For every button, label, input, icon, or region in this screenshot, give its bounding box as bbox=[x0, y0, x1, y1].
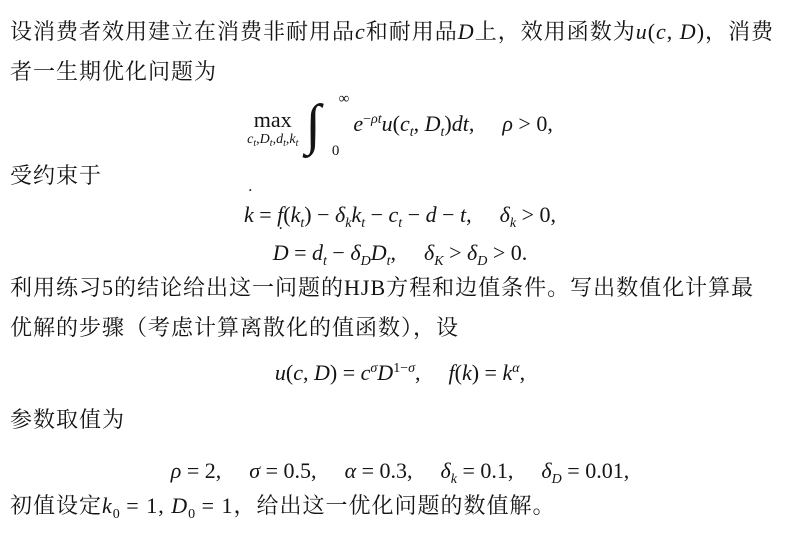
math-token: δ bbox=[335, 202, 345, 227]
paragraph-hjb-instructions: 利用练习5的结论给出这一问题的HJB方程和边值条件。写出数值化计算最优解的步骤（… bbox=[10, 268, 790, 348]
math-token: − bbox=[402, 202, 425, 227]
math-token: ( bbox=[648, 19, 656, 44]
math-token: c bbox=[361, 360, 371, 385]
functional-forms-formula: u(c, D) = cσD1−σ,f(k) = kα, bbox=[10, 358, 790, 388]
math-token: δ bbox=[350, 240, 360, 265]
math-token: d bbox=[312, 240, 323, 265]
math-token: u bbox=[275, 360, 286, 385]
parameters-formula: ρ = 2,σ = 0.5,α = 0.3,δk = 0.1,δD = 0.01… bbox=[10, 456, 790, 486]
math-token: D bbox=[260, 132, 270, 147]
math-token: = 0.3, bbox=[356, 458, 412, 483]
math-token: ) bbox=[472, 360, 479, 385]
text-run: 优解的步骤（考虑计算离散化的值函数），设 bbox=[10, 315, 459, 340]
D-dot-variable: ˙D bbox=[273, 238, 289, 268]
math-token: D bbox=[273, 240, 289, 265]
max-operator: max ct,Dt,dt,kt bbox=[247, 109, 298, 148]
math-token: D bbox=[377, 360, 393, 385]
math-token: = bbox=[254, 202, 277, 227]
math-token: = 2, bbox=[181, 458, 221, 483]
max-underscript: ct,Dt,dt,kt bbox=[247, 132, 298, 148]
math-token: , bbox=[466, 202, 472, 227]
math-exponent: −ρt bbox=[363, 112, 382, 127]
math-token: D bbox=[552, 472, 562, 487]
derivative-dot: ˙ bbox=[247, 191, 253, 199]
math-token: ) bbox=[697, 19, 705, 44]
constraint-2-formula: ˙D = dt − δDDt,δK > δD > 0. bbox=[10, 238, 790, 268]
math-token: 1− bbox=[393, 361, 408, 376]
math-token: 0 bbox=[113, 507, 120, 522]
section-label-parameters: 参数取值为 bbox=[10, 402, 790, 438]
rho-condition: ρ > 0, bbox=[502, 111, 552, 137]
math-token: , bbox=[520, 360, 526, 385]
document-content: 设消费者效用建立在消费非耐用品c和耐用品D上，效用函数为u(c, D)，消费者一… bbox=[0, 0, 799, 526]
text-run: 和耐用品 bbox=[366, 19, 458, 44]
math-token: − bbox=[437, 202, 460, 227]
math-token: , bbox=[390, 240, 396, 265]
math-token: = 0.1, bbox=[457, 458, 513, 483]
math-token: k bbox=[102, 493, 113, 518]
text-run: 设消费者效用建立在消费非耐用品 bbox=[10, 19, 355, 44]
math-token: k bbox=[462, 360, 472, 385]
math-var-c: c bbox=[355, 19, 366, 44]
math-token: k bbox=[351, 202, 361, 227]
text-run: 利用练习5的结论给出这一问题的HJB方程和边值条件。写出数值化计算最 bbox=[10, 275, 754, 300]
integral-lower-limit: 0 bbox=[332, 143, 340, 160]
math-token: = 1, bbox=[120, 493, 171, 518]
max-label: max bbox=[254, 109, 292, 131]
math-token: D bbox=[371, 240, 387, 265]
math-token: = bbox=[479, 360, 502, 385]
integral-sign: ∫ bbox=[305, 97, 320, 153]
math-token: D bbox=[314, 360, 330, 385]
text-run: 上，效用函数为 bbox=[475, 19, 636, 44]
math-token: D bbox=[171, 493, 188, 518]
derivative-dot: ˙ bbox=[278, 229, 284, 237]
math-token: − bbox=[312, 202, 335, 227]
math-token: = 1 bbox=[195, 493, 233, 518]
math-token: t bbox=[296, 138, 299, 149]
math-token: > 0. bbox=[487, 240, 527, 265]
math-token: u bbox=[382, 111, 393, 136]
math-token: D bbox=[477, 254, 487, 269]
math-token: > 0, bbox=[516, 202, 556, 227]
constraint-1-formula: ˙k = f(kt) − δkkt − ct − d − t,δk > 0, bbox=[10, 200, 790, 230]
objective-formula: max ct,Dt,dt,kt ∫ ∞ 0 e−ρtu(ct, Dt)dt, ρ… bbox=[10, 92, 790, 158]
math-token: c bbox=[389, 202, 399, 227]
k-dot-variable: ˙k bbox=[244, 200, 254, 230]
math-token: , bbox=[303, 360, 314, 385]
section-label-constraints: 受约束于 bbox=[10, 158, 790, 194]
integral: ∫ ∞ 0 bbox=[305, 93, 345, 157]
text-run: 者一生期优化问题为 bbox=[10, 59, 217, 84]
math-token: c bbox=[656, 19, 667, 44]
math-token: = bbox=[289, 240, 312, 265]
math-token: ρt bbox=[371, 112, 382, 127]
math-token: σ bbox=[408, 361, 415, 376]
math-exponent: 1−σ bbox=[393, 361, 415, 376]
math-token: − bbox=[327, 240, 350, 265]
math-var-D: D bbox=[458, 19, 475, 44]
math-token: − bbox=[363, 112, 371, 127]
math-token: u bbox=[636, 19, 648, 44]
paragraph-problem-intro: 设消费者效用建立在消费非耐用品c和耐用品D上，效用函数为u(c, D)，消费者一… bbox=[10, 12, 790, 92]
math-token: D bbox=[361, 254, 371, 269]
text-run: ，给出这一优化问题的数值解。 bbox=[234, 493, 556, 518]
math-token: ρ bbox=[502, 111, 513, 136]
math-token: = bbox=[337, 360, 360, 385]
math-token: d bbox=[426, 202, 437, 227]
math-token: ( bbox=[393, 111, 400, 136]
document-page: 设消费者效用建立在消费非耐用品c和耐用品D上，效用函数为u(c, D)，消费者一… bbox=[0, 0, 799, 554]
text-run: ，消费 bbox=[705, 19, 774, 44]
math-token: K bbox=[434, 254, 443, 269]
math-token: α bbox=[345, 458, 357, 483]
math-token: > 0, bbox=[513, 111, 553, 136]
math-token: ρ bbox=[171, 458, 182, 483]
math-token: δ bbox=[467, 240, 477, 265]
math-token: = 0.01, bbox=[562, 458, 629, 483]
math-token: σ bbox=[249, 458, 260, 483]
text-run: 初值设定 bbox=[10, 493, 102, 518]
math-token: δ bbox=[424, 240, 434, 265]
math-token: = 0.5, bbox=[260, 458, 316, 483]
math-token: ) bbox=[444, 111, 451, 136]
math-exponent: α bbox=[512, 361, 519, 376]
math-token: δ bbox=[541, 458, 551, 483]
paragraph-initial-values: 初值设定k0 = 1, D0 = 1，给出这一优化问题的数值解。 bbox=[10, 486, 790, 526]
math-token: ( bbox=[283, 202, 290, 227]
math-token: ( bbox=[455, 360, 462, 385]
math-token: k bbox=[244, 202, 254, 227]
math-token: c bbox=[293, 360, 303, 385]
math-token: δ bbox=[441, 458, 451, 483]
math-token: D bbox=[680, 19, 697, 44]
math-token: , bbox=[414, 111, 425, 136]
integral-upper-limit: ∞ bbox=[339, 91, 350, 108]
math-token: , bbox=[469, 111, 475, 136]
math-token: , bbox=[667, 19, 680, 44]
math-token: − bbox=[365, 202, 388, 227]
math-token: c bbox=[400, 111, 410, 136]
math-token: k bbox=[291, 202, 301, 227]
math-token: dt bbox=[452, 111, 469, 136]
math-token: D bbox=[425, 111, 441, 136]
math-token: > bbox=[444, 240, 467, 265]
integrand: e−ρtu(ct, Dt)dt, bbox=[353, 111, 474, 137]
math-token: δ bbox=[500, 202, 510, 227]
math-token: k bbox=[502, 360, 512, 385]
math-token: e bbox=[353, 111, 363, 136]
math-token: d bbox=[276, 132, 283, 147]
math-token: ) bbox=[304, 202, 311, 227]
math-token: , bbox=[415, 360, 421, 385]
